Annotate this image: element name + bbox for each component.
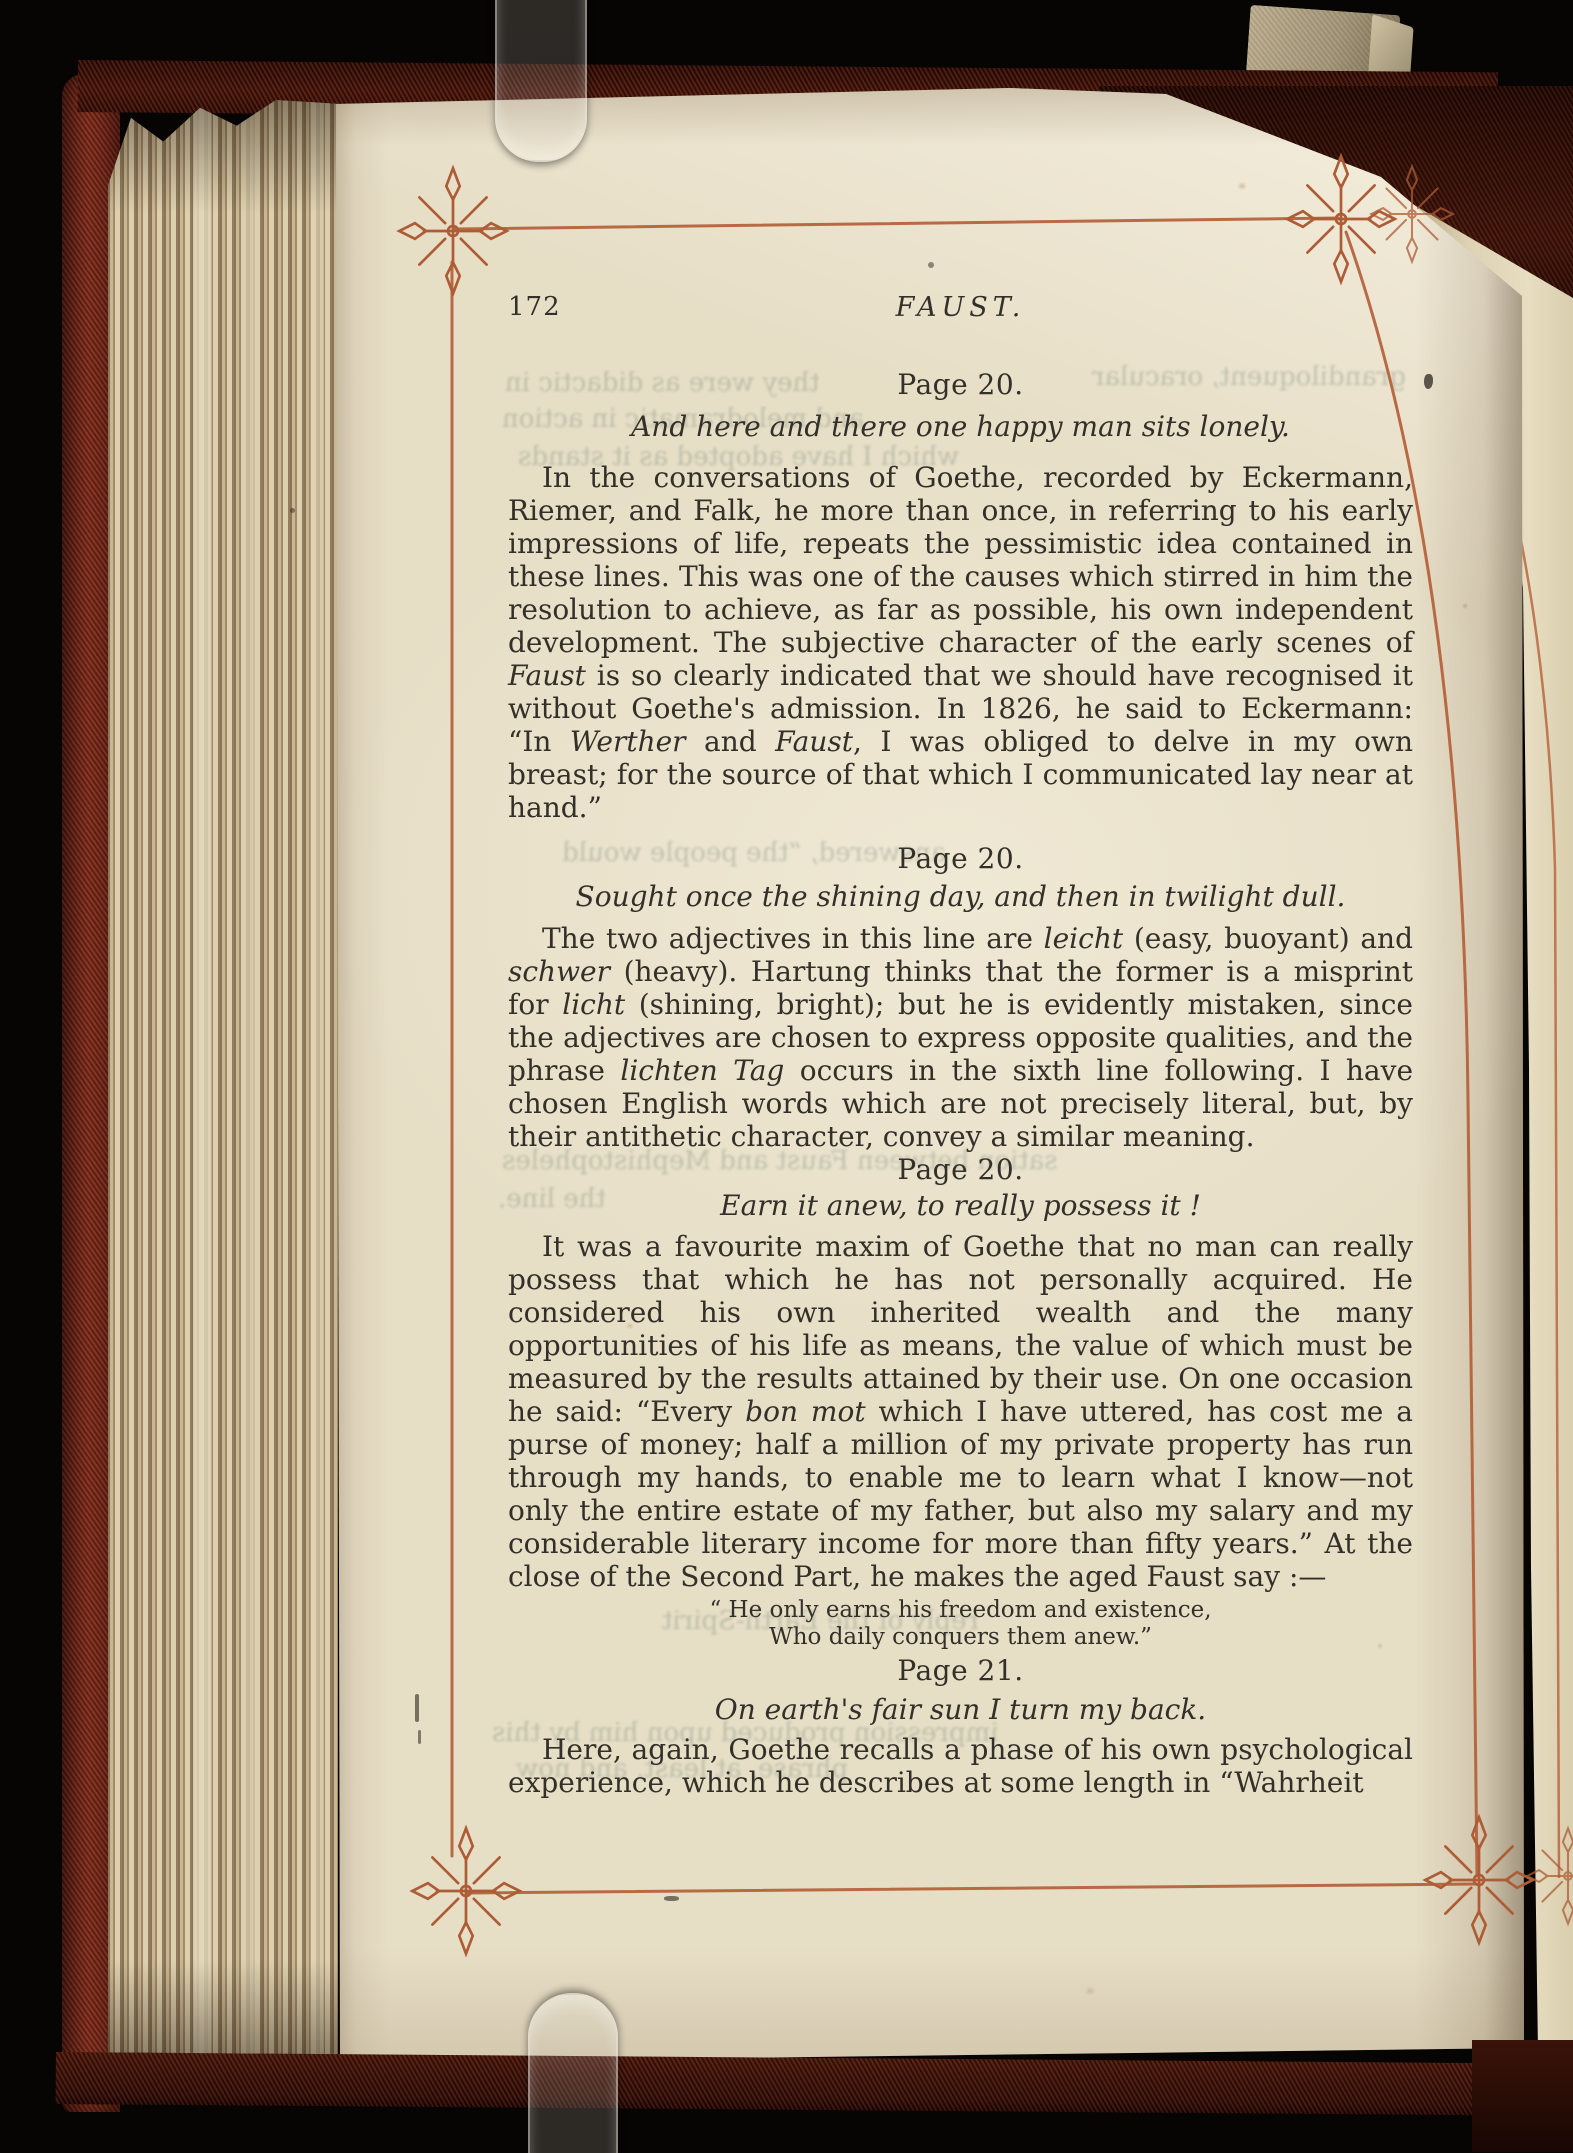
note-section: Page 20. Sought once the shining day, an…: [508, 842, 1413, 1153]
page-ref-heading: Page 20.: [508, 1153, 1413, 1186]
text-column: Page 20. And here and there one happy ma…: [508, 358, 1413, 1799]
commentary-paragraph: Here, again, Goethe recalls a phase of h…: [508, 1733, 1413, 1799]
commentary-paragraph: In the conversations of Goethe, recorded…: [508, 461, 1413, 824]
ink-speck: [664, 1896, 679, 1901]
ink-speck: [290, 508, 295, 513]
commentary-paragraph: It was a favourite maxim of Goethe that …: [508, 1230, 1413, 1593]
quoted-verse-line: On earth's fair sun I turn my back.: [508, 1693, 1413, 1727]
book-photo: they were as didactic ingrandiloquent, o…: [0, 0, 1573, 2153]
ink-speck: [418, 1730, 421, 1744]
quoted-verse-line: And here and there one happy man sits lo…: [508, 410, 1413, 444]
verse-quote: “ He only earns his freedom and existenc…: [508, 1597, 1413, 1651]
page-header: 172 FAUST.: [508, 292, 1413, 326]
folio-number: 172: [508, 292, 561, 322]
page-ref-heading: Page 20.: [508, 842, 1413, 875]
book-cover-bottom-edge: [56, 2052, 1518, 2115]
note-section: Page 20. Earn it anew, to really possess…: [508, 1153, 1413, 1651]
commentary-paragraph: The two adjectives in this line are leic…: [508, 922, 1413, 1153]
verse-line: Who daily conquers them anew.”: [508, 1624, 1413, 1651]
note-section: Page 21. On earth's fair sun I turn my b…: [508, 1654, 1413, 1799]
ink-speck: [928, 262, 934, 268]
running-title: FAUST.: [896, 292, 1026, 323]
book-page: they were as didactic ingrandiloquent, o…: [330, 86, 1524, 2066]
page-holder-clamp-top: [495, 0, 587, 162]
page-ref-heading: Page 21.: [508, 1654, 1413, 1687]
ink-speck: [415, 1694, 419, 1722]
quoted-verse-line: Sought once the shining day, and then in…: [508, 880, 1413, 914]
page-holder-clamp-bottom: [528, 1993, 618, 2153]
book-cover-bottom-corner: [1472, 2040, 1573, 2152]
note-section: Page 20. And here and there one happy ma…: [508, 368, 1413, 824]
quoted-verse-line: Earn it anew, to really possess it !: [508, 1189, 1413, 1223]
page-ref-heading: Page 20.: [508, 368, 1413, 401]
verse-line: “ He only earns his freedom and existenc…: [508, 1597, 1413, 1624]
page-edges-stack: [108, 94, 338, 2080]
